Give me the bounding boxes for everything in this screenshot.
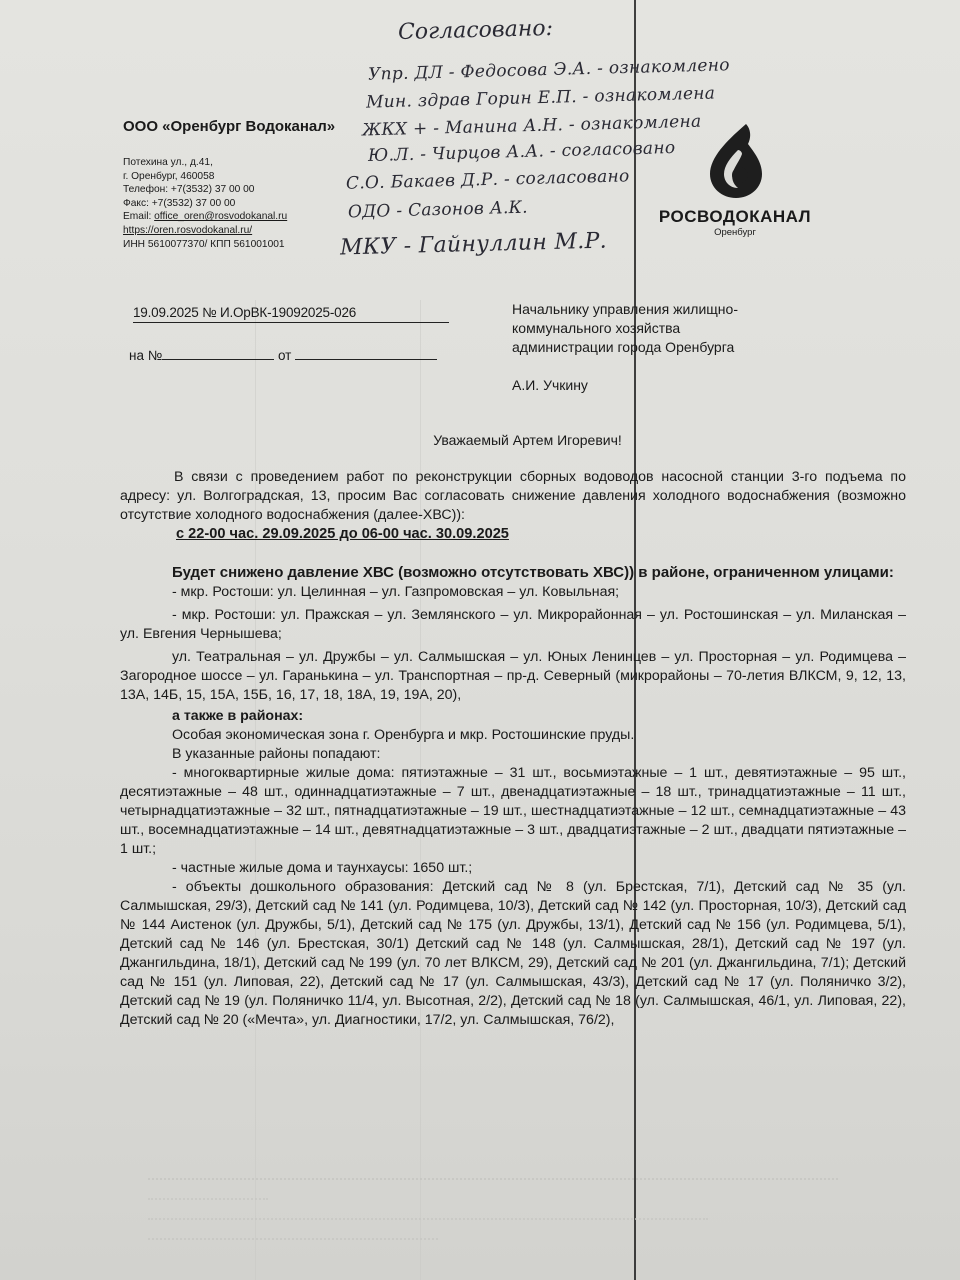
bleed-through-text (148, 1170, 888, 1270)
reply-date-label: от (278, 348, 291, 363)
address-line: г. Оренбург, 460058 (123, 170, 287, 184)
phone: Телефон: +7(3532) 37 00 00 (123, 183, 287, 197)
organization-contacts: Потехина ул., д.41, г. Оренбург, 460058 … (123, 156, 287, 251)
company-logo: РОСВОДОКАНАЛ Оренбург (650, 120, 820, 238)
fax: Факс: +7(3532) 37 00 00 (123, 197, 287, 211)
also-heading: а также в районах: (120, 707, 906, 726)
inn-kpp: ИНН 5610077370/ КПП 561001001 (123, 238, 287, 252)
document-registration-number: 19.09.2025 № И.ОрВК-19092025-026 (133, 305, 449, 323)
handwritten-approval-line: Упр. ДЛ - Федосова Э.А. - ознакомлено (368, 55, 730, 84)
email-label: Email: (123, 211, 154, 222)
street-list-item: ул. Театральная – ул. Дружбы – ул. Салмы… (120, 648, 906, 705)
intro-paragraph: В связи с проведением работ по реконстру… (120, 468, 906, 525)
addressee-position: Начальнику управления жилищно- коммуналь… (512, 300, 738, 357)
reply-reference: на № от (129, 347, 437, 363)
water-drop-icon (700, 120, 770, 200)
included-heading: В указанные районы попадают: (120, 745, 906, 764)
handwritten-approval-line: С.О. Бакаев Д.Р. - согласовано (346, 166, 630, 193)
street-list-item: - мкр. Ростоши: ул. Пражская – ул. Земля… (120, 606, 906, 644)
addressee-line: Начальнику управления жилищно- (512, 300, 738, 319)
organization-name: ООО «Оренбург Водоканал» (123, 118, 335, 135)
apartment-buildings-list: - многоквартирные жилые дома: пятиэтажны… (120, 764, 906, 859)
handwritten-approval-line: МКУ - Гайнуллин М.Р. (340, 229, 608, 261)
handwritten-approval-title: Согласовано: (398, 16, 554, 45)
street-list-item: - мкр. Ростоши: ул. Целинная – ул. Газпр… (120, 583, 906, 602)
handwritten-approval-line: Ю.Л. - Чирцов А.А. - согласовано (368, 138, 676, 166)
letter-body: В связи с проведением работ по реконстру… (120, 468, 906, 1030)
area-heading: Будет снижено давление ХВС (возможно отс… (120, 563, 906, 583)
salutation: Уважаемый Артем Игоревич! (0, 432, 960, 448)
kindergartens-list: - объекты дошкольного образования: Детск… (120, 878, 906, 1030)
private-houses: - частные жилые дома и таунхаусы: 1650 ш… (120, 859, 906, 878)
email-link[interactable]: office_oren@rosvodokanal.ru (154, 211, 287, 222)
addressee-name: А.И. Учкину (512, 377, 588, 393)
addressee-line: коммунального хозяйства (512, 319, 738, 338)
reply-number-label: на № (129, 348, 162, 363)
logo-brand-name: РОСВОДОКАНАЛ (650, 207, 820, 227)
reply-number-field (162, 347, 274, 360)
handwritten-approval-line: ОДО - Сазонов А.К. (348, 198, 528, 223)
email-row: Email: office_oren@rosvodokanal.ru (123, 210, 287, 224)
reply-date-field (295, 347, 437, 360)
also-areas: Особая экономическая зона г. Оренбурга и… (120, 726, 906, 745)
outage-period: с 22-00 час. 29.09.2025 до 06-00 час. 30… (176, 526, 509, 542)
address-line: Потехина ул., д.41, (123, 156, 287, 170)
addressee-line: администрации города Оренбурга (512, 338, 738, 357)
handwritten-approval-line: Мин. здрав Горин Е.П. - ознакомлена (366, 83, 716, 112)
website-link[interactable]: https://oren.rosvodokanal.ru/ (123, 225, 252, 236)
logo-city: Оренбург (650, 227, 820, 238)
